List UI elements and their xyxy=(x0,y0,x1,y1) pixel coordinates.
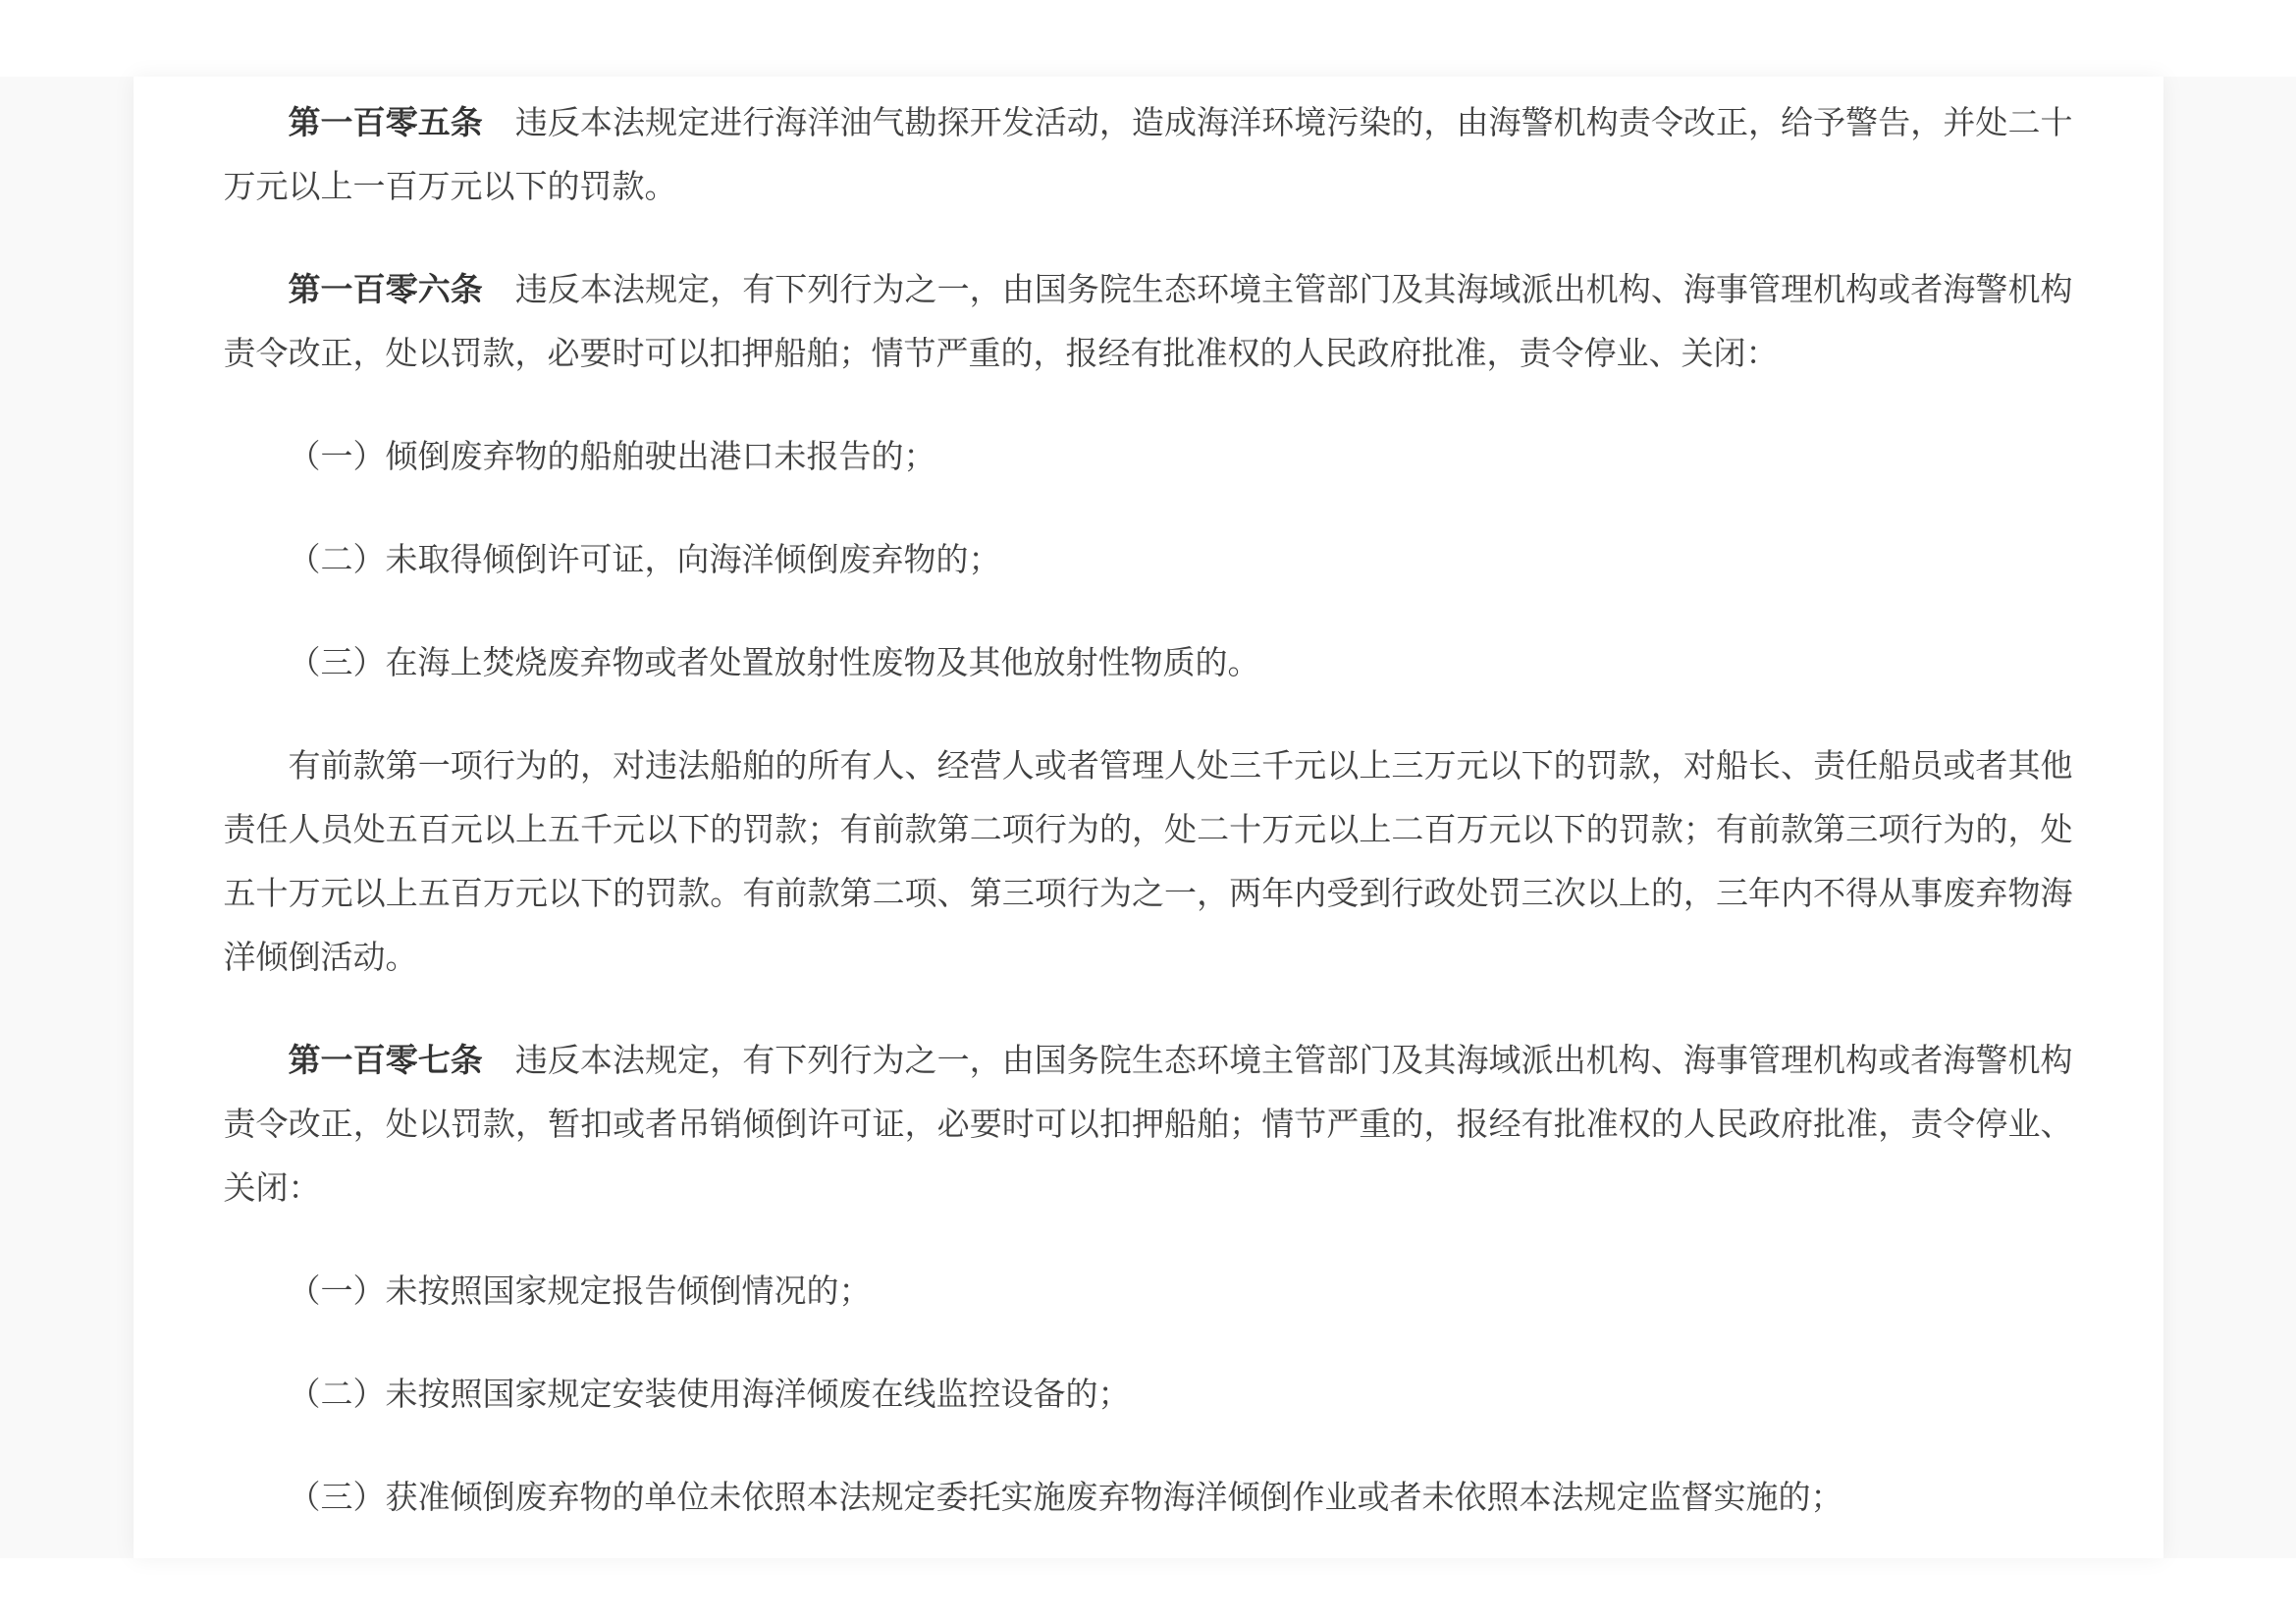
paragraph-text: （三）在海上焚烧废弃物或者处置放射性废物及其他放射性物质的。 xyxy=(289,644,1260,680)
content-background-band: 第一百零五条违反本法规定进行海洋油气勘探开发活动，造成海洋环境污染的，由海警机构… xyxy=(0,77,2296,1558)
paragraph-text: 有前款第一项行为的，对违法船舶的所有人、经营人或者管理人处三千元以上三万元以下的… xyxy=(224,747,2073,975)
article-body: 第一百零五条违反本法规定进行海洋油气勘探开发活动，造成海洋环境污染的，由海警机构… xyxy=(224,90,2073,1529)
paragraph-text: （二）未取得倾倒许可证，向海洋倾倒废弃物的； xyxy=(289,541,1001,577)
law-paragraph: （三）在海上焚烧废弃物或者处置放射性废物及其他放射性物质的。 xyxy=(224,630,2073,694)
paragraph-text: 违反本法规定，有下列行为之一，由国务院生态环境主管部门及其海域派出机构、海事管理… xyxy=(224,1042,2073,1206)
law-paragraph: 有前款第一项行为的，对违法船舶的所有人、经营人或者管理人处三千元以上三万元以下的… xyxy=(224,733,2073,989)
law-paragraph: 第一百零七条违反本法规定，有下列行为之一，由国务院生态环境主管部门及其海域派出机… xyxy=(224,1028,2073,1219)
law-paragraph: （二）未按照国家规定安装使用海洋倾废在线监控设备的； xyxy=(224,1362,2073,1426)
paragraph-text: （三）获准倾倒废弃物的单位未依照本法规定委托实施废弃物海洋倾倒作业或者未依照本法… xyxy=(289,1479,1843,1515)
paragraph-text: （二）未按照国家规定安装使用海洋倾废在线监控设备的； xyxy=(289,1376,1131,1412)
page-top-margin xyxy=(0,0,2296,77)
law-paragraph: 第一百零五条违反本法规定进行海洋油气勘探开发活动，造成海洋环境污染的，由海警机构… xyxy=(224,90,2073,218)
paragraph-text: （一）未按照国家规定报告倾倒情况的； xyxy=(289,1272,872,1309)
law-paragraph: （二）未取得倾倒许可证，向海洋倾倒废弃物的； xyxy=(224,527,2073,591)
article-number: 第一百零五条 xyxy=(289,104,483,140)
law-article-card: 第一百零五条违反本法规定进行海洋油气勘探开发活动，造成海洋环境污染的，由海警机构… xyxy=(133,77,2163,1558)
article-number: 第一百零七条 xyxy=(289,1042,483,1078)
paragraph-text: 违反本法规定，有下列行为之一，由国务院生态环境主管部门及其海域派出机构、海事管理… xyxy=(224,271,2073,371)
law-paragraph: （一）未按照国家规定报告倾倒情况的； xyxy=(224,1259,2073,1323)
law-paragraph: 第一百零六条违反本法规定，有下列行为之一，由国务院生态环境主管部门及其海域派出机… xyxy=(224,257,2073,385)
page: 第一百零五条违反本法规定进行海洋油气勘探开发活动，造成海洋环境污染的，由海警机构… xyxy=(0,0,2296,1623)
article-number: 第一百零六条 xyxy=(289,271,483,307)
paragraph-text: 违反本法规定进行海洋油气勘探开发活动，造成海洋环境污染的，由海警机构责令改正，给… xyxy=(224,104,2073,204)
law-paragraph: （三）获准倾倒废弃物的单位未依照本法规定委托实施废弃物海洋倾倒作业或者未依照本法… xyxy=(224,1465,2073,1529)
law-paragraph: （一）倾倒废弃物的船舶驶出港口未报告的； xyxy=(224,424,2073,488)
paragraph-text: （一）倾倒废弃物的船舶驶出港口未报告的； xyxy=(289,438,936,474)
